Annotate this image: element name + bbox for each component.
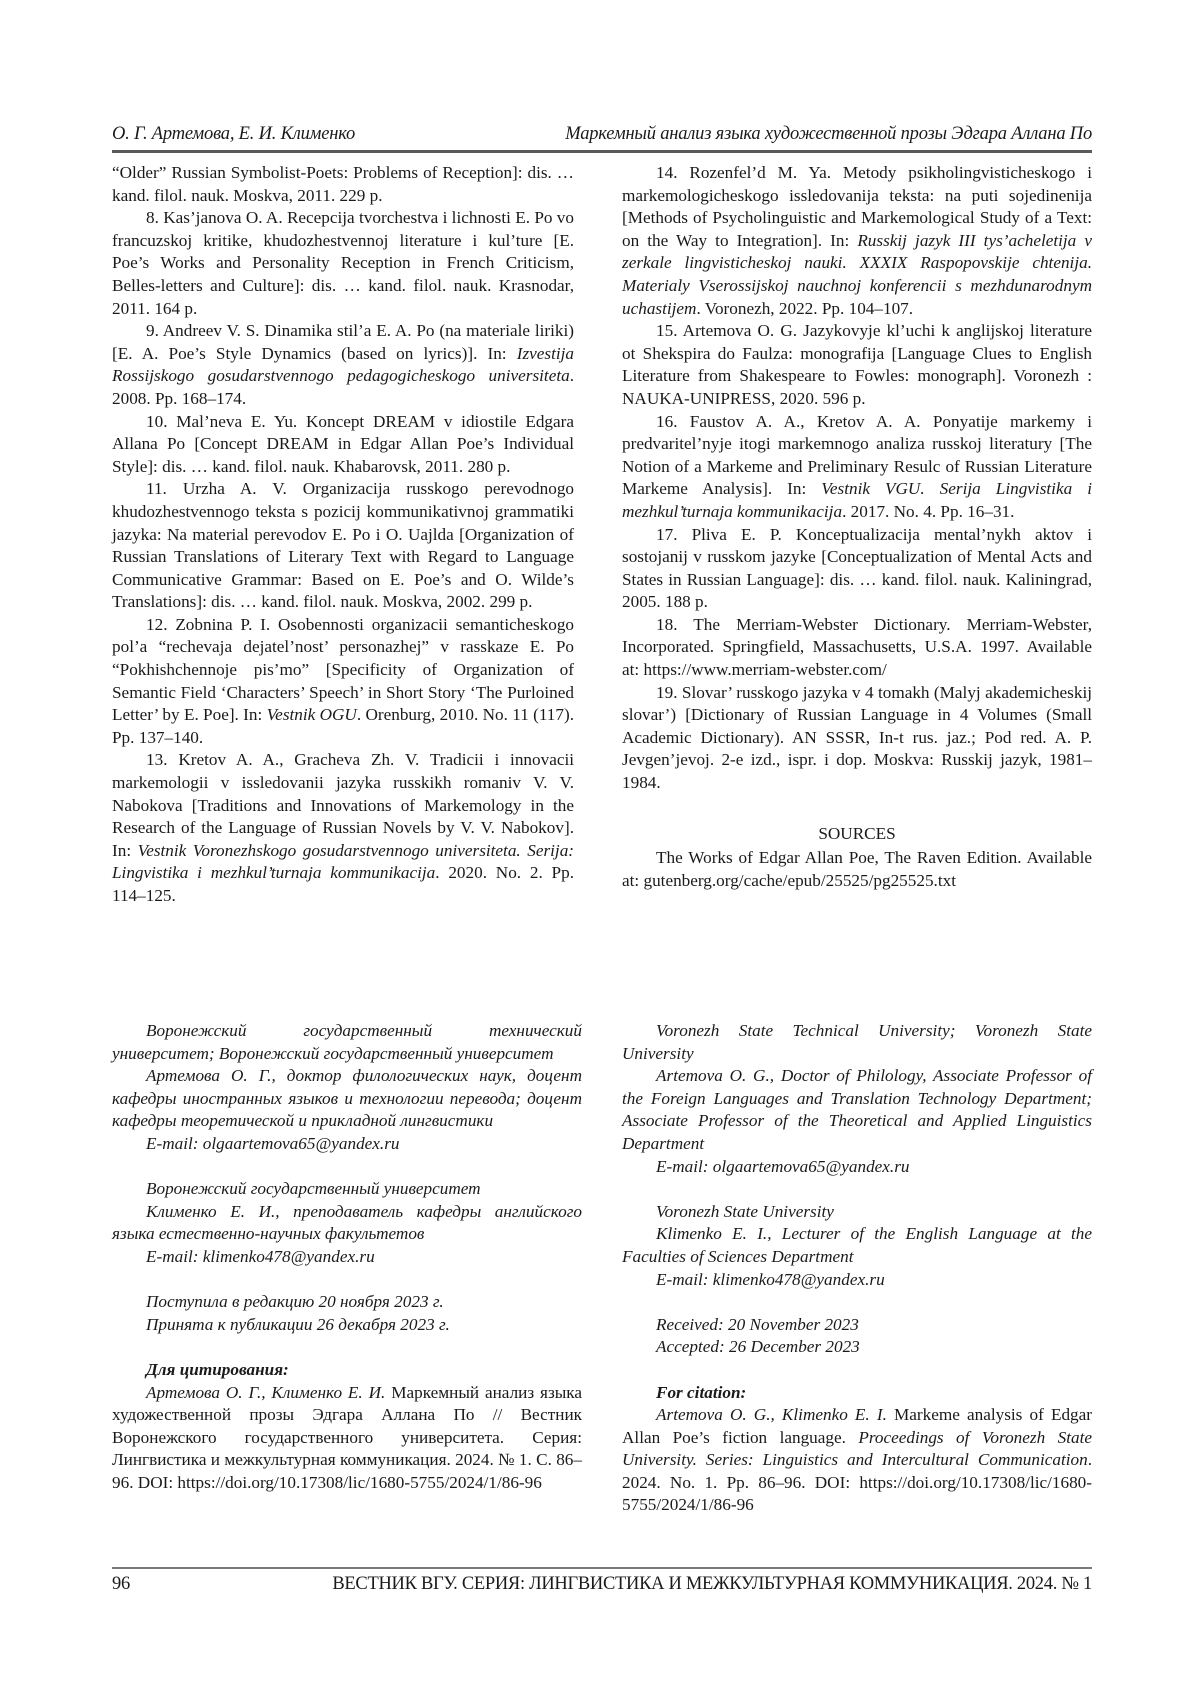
affiliation-org: Воронежский государственный университет — [112, 1178, 582, 1201]
references-right-column: 14. Rozenfel’d M. Ya. Metody psikholingv… — [622, 162, 1092, 908]
author-info-block: Воронежский государственный технический … — [112, 1020, 1092, 1517]
reference-item: 8. Kas’janova O. A. Recepcija tvorchestv… — [112, 207, 574, 320]
author-email: E-mail: olgaartemova65@yandex.ru — [112, 1133, 582, 1156]
affiliation-org: Voronezh State University — [622, 1201, 1092, 1224]
reference-item: 13. Kretov A. A., Gracheva Zh. V. Tradic… — [112, 749, 574, 907]
references-columns: “Older” Russian Symbolist-Poets: Problem… — [112, 162, 1092, 908]
running-footer: 96 ВЕСТНИК ВГУ. СЕРИЯ: ЛИНГВИСТИКА И МЕЖ… — [112, 1574, 1092, 1595]
header-authors: О. Г. Артемова, Е. И. Клименко — [112, 124, 355, 145]
header-rule — [112, 150, 1092, 153]
author-info-english: Voronezh State Technical University; Vor… — [622, 1020, 1092, 1517]
citation-heading: For citation: — [622, 1382, 1092, 1405]
reference-item: 14. Rozenfel’d M. Ya. Metody psikholingv… — [622, 162, 1092, 320]
affiliation-org: Воронежский государственный технический … — [112, 1020, 582, 1065]
received-date: Поступила в редакцию 20 ноября 2023 г. — [112, 1291, 582, 1314]
reference-item: 19. Slovar’ russkogo jazyka v 4 tomakh (… — [622, 682, 1092, 795]
journal-name: ВЕСТНИК ВГУ. СЕРИЯ: ЛИНГВИСТИКА И МЕЖКУЛ… — [332, 1574, 1092, 1595]
citation-text: Artemova O. G., Klimenko E. I. Markeme a… — [622, 1404, 1092, 1517]
running-header: О. Г. Артемова, Е. И. Клименко Маркемный… — [112, 124, 1092, 145]
author-description: Klimenko E. I., Lecturer of the English … — [622, 1223, 1092, 1268]
author-email: E-mail: olgaartemova65@yandex.ru — [622, 1156, 1092, 1179]
author-email: E-mail: klimenko478@yandex.ru — [112, 1246, 582, 1269]
author-info-russian: Воронежский государственный технический … — [112, 1020, 582, 1517]
header-title: Маркемный анализ языка художественной пр… — [565, 124, 1092, 145]
author-description: Клименко Е. И., преподаватель кафедры ан… — [112, 1201, 582, 1246]
received-date: Received: 20 November 2023 — [622, 1314, 1092, 1337]
reference-item: 9. Andreev V. S. Dinamika stil’a E. A. P… — [112, 320, 574, 410]
author-description: Артемова О. Г., доктор филологических на… — [112, 1065, 582, 1133]
affiliation-org: Voronezh State Technical University; Vor… — [622, 1020, 1092, 1065]
footer-rule — [112, 1567, 1092, 1569]
reference-item: 16. Faustov A. A., Kretov A. A. Ponyatij… — [622, 411, 1092, 524]
reference-item: 12. Zobnina P. I. Osobennosti organizaci… — [112, 614, 574, 750]
reference-item: 15. Artemova O. G. Jazykovyje kl’uchi k … — [622, 320, 1092, 410]
page-number: 96 — [112, 1574, 130, 1595]
reference-item: 18. The Merriam-Webster Dictionary. Merr… — [622, 614, 1092, 682]
reference-item: 17. Pliva E. P. Konceptualizacija mental… — [622, 524, 1092, 614]
references-left-column: “Older” Russian Symbolist-Poets: Problem… — [112, 162, 574, 908]
reference-item: 11. Urzha A. V. Organizacija russkogo pe… — [112, 478, 574, 614]
accepted-date: Accepted: 26 December 2023 — [622, 1336, 1092, 1359]
accepted-date: Принята к публикации 26 декабря 2023 г. — [112, 1314, 582, 1337]
citation-text: Артемова О. Г., Клименко Е. И. Маркемный… — [112, 1382, 582, 1495]
citation-heading: Для цитирования: — [112, 1359, 582, 1382]
reference-item: “Older” Russian Symbolist-Poets: Problem… — [112, 162, 574, 207]
author-description: Artemova O. G., Doctor of Philology, Ass… — [622, 1065, 1092, 1155]
author-email: E-mail: klimenko478@yandex.ru — [622, 1269, 1092, 1292]
sources-heading: SOURCES — [622, 823, 1092, 846]
reference-item: 10. Mal’neva E. Yu. Koncept DREAM v idio… — [112, 411, 574, 479]
sources-text: The Works of Edgar Allan Poe, The Raven … — [622, 847, 1092, 892]
